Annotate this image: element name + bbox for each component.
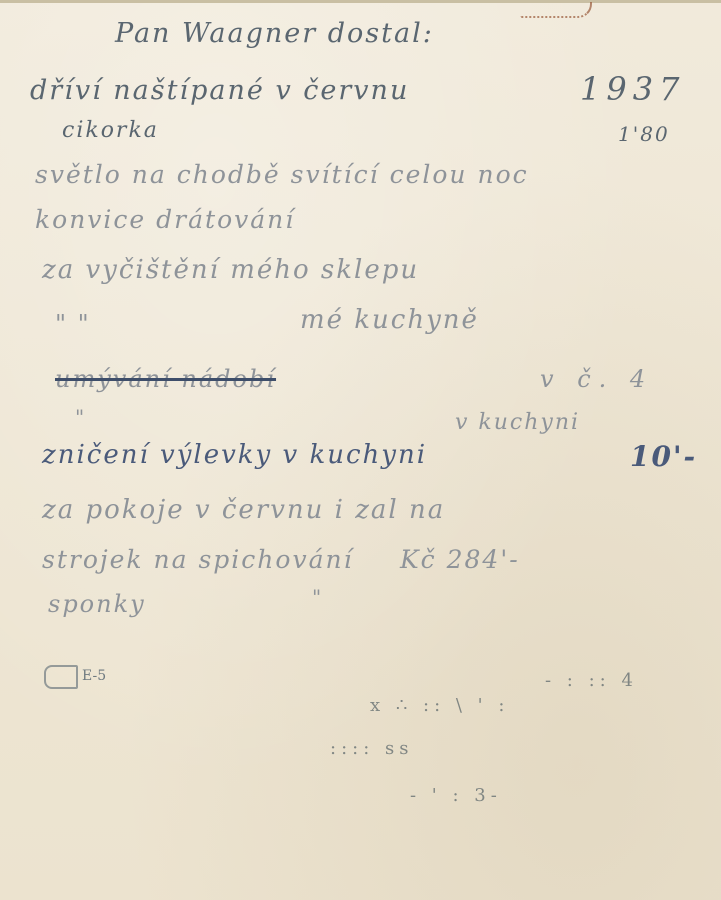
line-staples: sponky [48, 590, 146, 618]
line-room-4: v č. 4 [540, 365, 653, 393]
line-firewood: dříví naštípané v červnu [30, 75, 409, 106]
line-struck-dishes: umývání nádobí [55, 365, 276, 393]
line-stapler-amount: Kč 284'- [400, 545, 520, 574]
line-sink-amount: 10'- [630, 440, 697, 473]
line-kettle-wiring: konvice drátování [35, 205, 295, 234]
ditto-marks: " " [55, 310, 91, 338]
line-chicory-amount: 1'80 [618, 122, 670, 146]
bleed-through-mark: - : :: 4 [545, 670, 638, 691]
line-chicory: cikorka [62, 118, 159, 143]
line-rooms-june: za pokoje v červnu i zal na [42, 495, 445, 525]
line-cellar-cleaning: za vyčištění mého sklepu [42, 255, 419, 285]
paper-top-edge [0, 0, 721, 3]
line-sink-damage: zničení výlevky v kuchyni [42, 440, 427, 470]
rust-corner-mark [520, 2, 592, 18]
ditto-mark-staples: " [312, 585, 323, 609]
line-stapler: strojek na spichování [42, 545, 354, 574]
bleed-through-mark: - ' : 3- [410, 785, 502, 806]
line-insert-kitchen: v kuchyni [455, 410, 580, 435]
scanned-handwritten-note: Pan Waagner dostal: dříví naštípané v če… [0, 0, 721, 900]
note-heading: Pan Waagner dostal: [115, 18, 434, 49]
stamp-mark-text: E-5 [82, 668, 106, 684]
line-hallway-light: světlo na chodbě svítící celou noc [35, 160, 529, 189]
stamp-mark [44, 665, 78, 689]
ditto-mark: " [75, 405, 86, 429]
bleed-through-mark: x ∴ :: \ ' : [370, 695, 509, 716]
line-firewood-amount: 1937 [580, 70, 685, 108]
bleed-through-mark: :::: ss [330, 738, 413, 759]
line-kitchen: mé kuchyně [300, 305, 479, 335]
